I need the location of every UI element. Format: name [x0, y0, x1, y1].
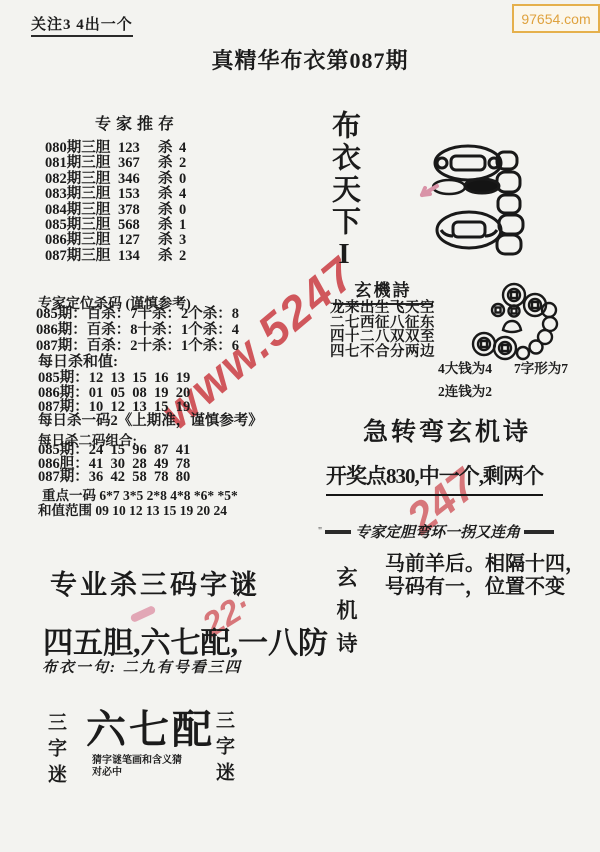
row-nums: 367: [118, 156, 158, 171]
three-char-riddle-left: 三字迷: [42, 712, 69, 790]
row-kill-value: 0: [179, 203, 186, 218]
caption-chain-coins: 2连钱为2: [438, 380, 568, 400]
riddle-big-word: 六七配: [86, 698, 215, 755]
row-kill-value: 0: [179, 172, 186, 187]
kill-pos-row: 086期：百杀：8十杀：1个杀：4: [36, 323, 239, 338]
xuanji-vertical-label: 玄机诗: [331, 566, 361, 665]
table-row: 083期三胆 153 杀 4: [45, 187, 245, 202]
row-nums: 346: [118, 172, 158, 187]
riddle-note: 猜字谜笔画和含义猜 对必中: [92, 755, 202, 779]
daily-one-line: 每日杀一码2《上期准，谨慎参考》: [38, 414, 263, 429]
divider-dash-right: [524, 530, 554, 534]
row-kill: 杀: [158, 233, 179, 248]
row-kill-value: 4: [179, 187, 186, 202]
recommend-table: 080期三胆 123 杀 4 081期三胆 367 杀 2 082期三胆 346…: [45, 141, 245, 264]
table-row: 084期三胆 378 杀 0: [45, 203, 245, 218]
poem-line: 四十二八双双至: [330, 330, 435, 345]
buyi-tianxia-vertical-title: 布衣天下I: [327, 110, 361, 273]
sharp-turn-header: 急转弯玄机诗: [363, 412, 531, 448]
daily-sum-header: 每日杀和值:: [38, 355, 118, 370]
row-nums: 123: [118, 141, 158, 156]
coin-illustration: [385, 132, 575, 267]
recommend-header: 专家推存: [95, 111, 179, 134]
row-label: 087期三胆: [45, 249, 118, 264]
row-kill: 杀: [158, 156, 179, 171]
row-nums: 127: [118, 233, 158, 248]
prize-point-line: 开奖点830,中一个,剩两个: [326, 460, 543, 496]
row-kill: 杀: [158, 172, 179, 187]
row-kill: 杀: [158, 249, 179, 264]
row-nums: 378: [118, 203, 158, 218]
lottery-sheet-page: 关注3 4出一个 97654.com 真精华布衣第087期 www.5247 2…: [0, 0, 600, 852]
row-nums: 153: [118, 187, 158, 202]
row-kill-value: 4: [179, 141, 186, 156]
coin-chain-illustration: [455, 278, 565, 363]
follow-note: 关注3 4出一个: [31, 13, 133, 37]
poem-line: 龙来出生飞天空: [330, 301, 435, 316]
row-label: 082期三胆: [45, 172, 118, 187]
row-nums: 568: [118, 218, 158, 233]
divider-text: 专家定胆弯环一拐又连角: [355, 521, 520, 542]
divider-dash-left: [325, 530, 351, 534]
riddle-note-line1: 猜字谜笔画和含义猜: [92, 755, 202, 767]
row-label: 086期三胆: [45, 233, 118, 248]
caption-big-coins: 4大钱为4: [438, 361, 492, 376]
page-title: 真精华布衣第087期: [0, 44, 600, 75]
kill-pos-row: 085期：百杀：7十杀：2个杀：8: [36, 307, 239, 322]
table-row: 086期三胆 127 杀 3: [45, 233, 245, 248]
kill-pos-row: 087期：百杀：2十杀：1个杀：6: [36, 339, 239, 354]
xuanji-poem: 龙来出生飞天空 二七西征八征东 四十二八双双至 四七不合分两边: [330, 301, 435, 360]
poem-line: 号码有一，位置不变: [385, 576, 585, 599]
divider-quote: ": [318, 526, 322, 537]
row-nums: 134: [118, 249, 158, 264]
riddle-buyi-line: 布衣一句: 二九有号看三四: [42, 656, 242, 677]
row-kill: 杀: [158, 203, 179, 218]
site-badge[interactable]: 97654.com: [512, 4, 600, 33]
riddle-note-line2: 对必中: [92, 767, 202, 779]
sum-range-line: 和值范围 09 10 12 13 15 19 20 24: [38, 499, 227, 519]
horse-sheep-poem: 马前羊后。相隔十四， 号码有一，位置不变: [385, 553, 585, 599]
row-label: 081期三胆: [45, 156, 118, 171]
row-kill-value: 2: [179, 156, 186, 171]
row-label: 083期三胆: [45, 187, 118, 202]
caption-seven-shape: 7字形为7: [514, 361, 568, 376]
poem-line: 四七不合分两边: [330, 345, 435, 360]
three-char-riddle-right: 三字迷: [210, 710, 237, 788]
row-kill-value: 1: [179, 218, 186, 233]
row-kill-value: 2: [179, 249, 186, 264]
row-kill-value: 3: [179, 233, 186, 248]
expert-divider: " 专家定胆弯环一拐又连角: [318, 521, 580, 542]
row-label: 084期三胆: [45, 203, 118, 218]
poem-line: 马前羊后。相隔十四，: [385, 553, 585, 576]
row-kill: 杀: [158, 187, 179, 202]
coin-captions: 4大钱为4 7字形为7 2连钱为2: [438, 357, 568, 400]
table-row: 081期三胆 367 杀 2: [45, 156, 245, 171]
riddle-header: 专业杀三码字谜: [50, 563, 260, 602]
table-row: 082期三胆 346 杀 0: [45, 172, 245, 187]
table-row: 087期三胆 134 杀 2: [45, 249, 245, 264]
